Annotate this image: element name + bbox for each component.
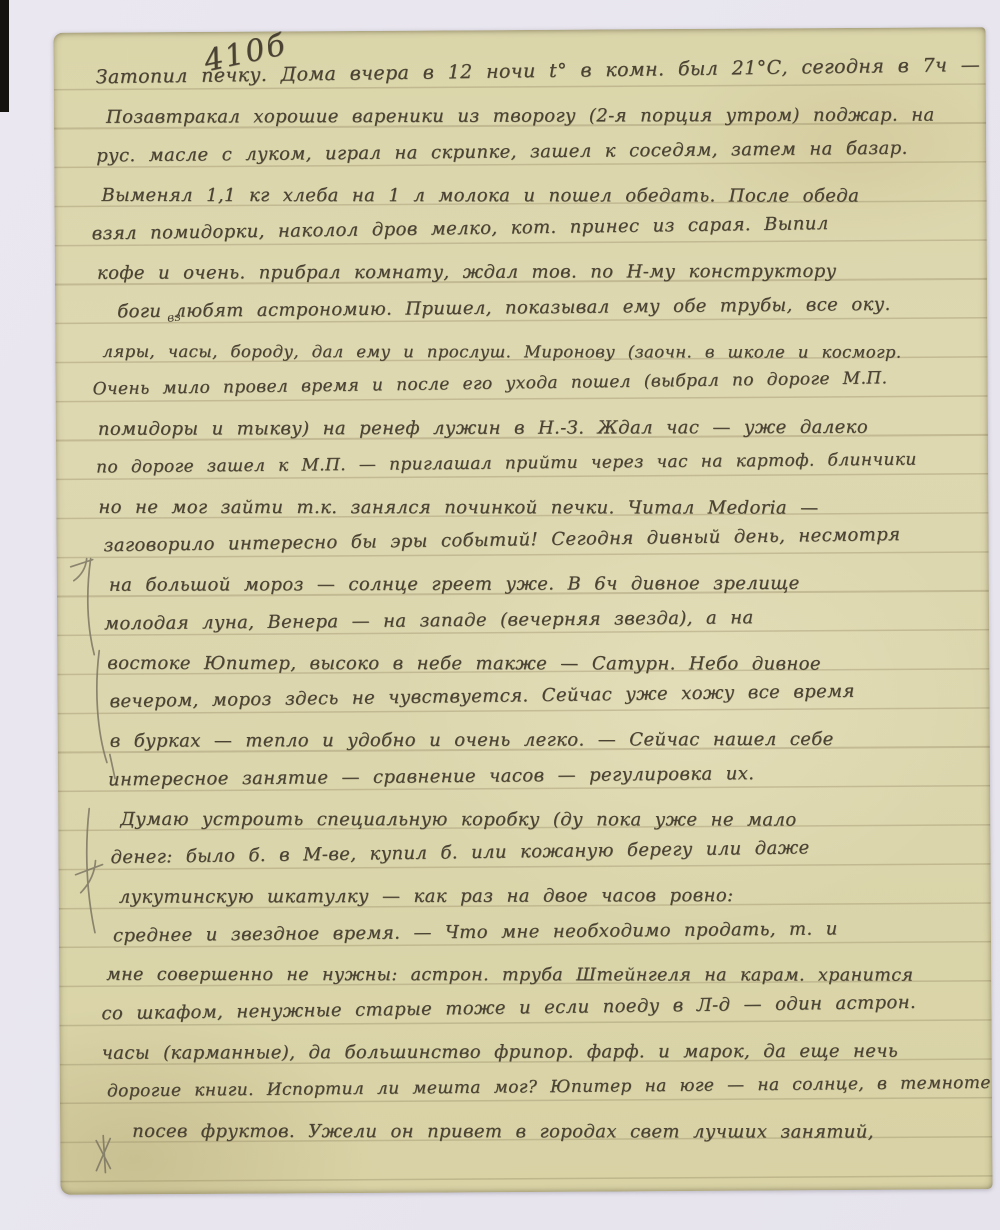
- scanner-background: 410б Затопил печку. Дома вчера в 12 ночи…: [0, 0, 1000, 1230]
- scan-edge-artifact: [0, 0, 9, 112]
- handwriting-line: рус. масле с луком, играл на скрипке, за…: [54, 128, 986, 176]
- handwriting-text-block: Затопил печку. Дома вчера в 12 ночи t° в…: [53, 27, 992, 1195]
- manuscript-page: 410б Затопил печку. Дома вчера в 12 ночи…: [53, 27, 992, 1195]
- handwriting-line: боги любят астрономию. Пришел, показывал…: [55, 284, 987, 332]
- handwriting-line: по дороге зашел к М.П. — приглашал прийт…: [56, 440, 988, 488]
- handwriting-line: посев фруктов. Ужели он привет в городах…: [60, 1112, 992, 1152]
- handwriting-line: молодая луна, Венера — на западе (вечерн…: [57, 596, 989, 644]
- handwriting-line: среднее и звездное время. — Что мне необ…: [59, 908, 991, 956]
- handwriting-line: дорогие книги. Испортил ли мешта мог? Юп…: [60, 1064, 992, 1112]
- interline-insertion: вз: [166, 309, 181, 324]
- handwriting-line: интересное занятие — сравнение часов — р…: [58, 752, 990, 800]
- handwriting-line: Затопил печку. Дома вчера в 12 ночи t° в…: [53, 46, 985, 98]
